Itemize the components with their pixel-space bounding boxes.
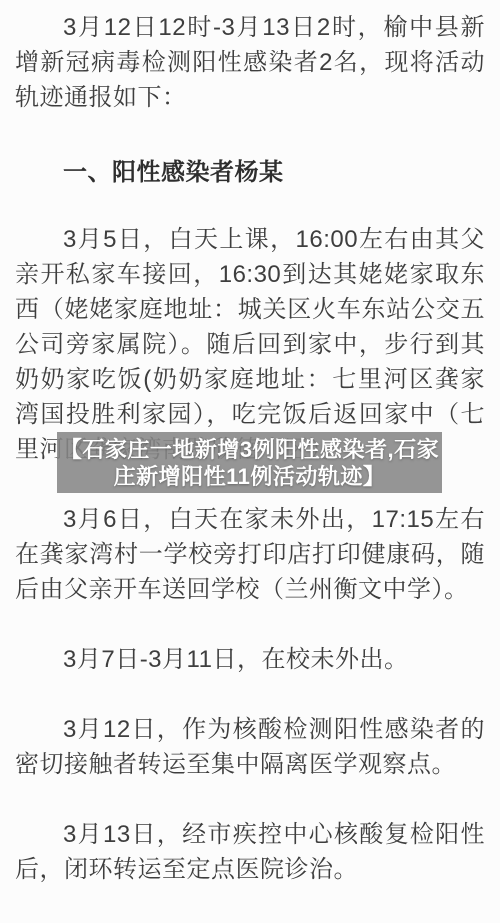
intro-paragraph: 3月12日12时-3月13日2时，榆中县新增新冠病毒检测阳性感染者2名，现将活动… bbox=[15, 10, 485, 115]
timeline-paragraph-mar5: 3月5日，白天上课，16:00左右由其父亲开私家车接回，16:30到达其姥姥家取… bbox=[15, 222, 485, 467]
article-page: 3月12日12时-3月13日2时，榆中县新增新冠病毒检测阳性感染者2名，现将活动… bbox=[0, 0, 500, 923]
caption-overlay-banner: 【石家庄一地新增3例阳性感染者,石家 庄新增阳性11例活动轨迹】 bbox=[57, 432, 442, 493]
timeline-paragraph-mar6: 3月6日，白天在家未外出，17:15左右在龚家湾村一学校旁打印店打印健康码，随后… bbox=[15, 502, 485, 607]
timeline-paragraph-mar7-to-11: 3月7日-3月11日，在校未外出。 bbox=[15, 642, 485, 677]
banner-text-line-1: 【石家庄一地新增3例阳性感染者,石家 bbox=[60, 436, 439, 463]
timeline-paragraph-mar13: 3月13日，经市疾控中心核酸复检阳性后，闭环转运至定点医院诊治。 bbox=[15, 817, 485, 887]
timeline-paragraph-mar12: 3月12日，作为核酸检测阳性感染者的密切接触者转运至集中隔离医学观察点。 bbox=[15, 712, 485, 782]
section-heading: 一、阳性感染者杨某 bbox=[15, 155, 485, 190]
banner-text-line-2: 庄新增阳性11例活动轨迹】 bbox=[114, 463, 386, 490]
